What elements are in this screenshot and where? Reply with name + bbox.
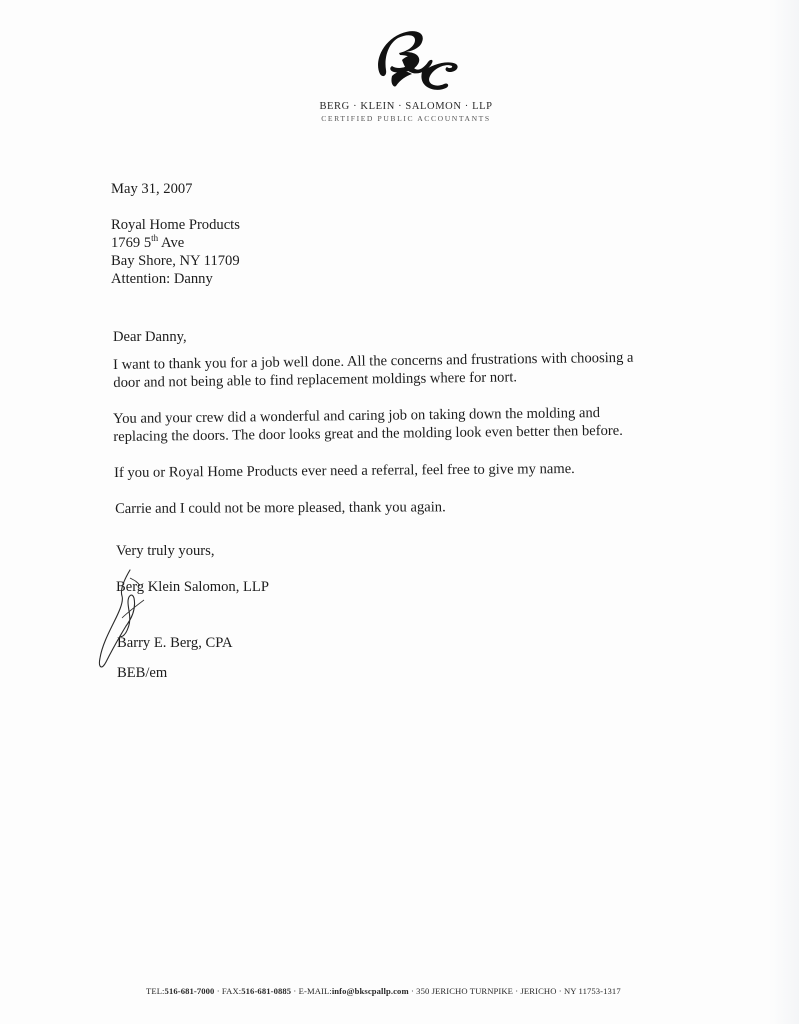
scan-edge-shadow [769, 0, 799, 1024]
closing: Very truly yours, [116, 542, 215, 560]
letterhead-footer: TEL:516-681-7000 · FAX:516-681-0885 · E-… [146, 986, 621, 996]
body-paragraph-1: I want to thank you for a job well done.… [113, 349, 634, 392]
street-number: 1769 5 [111, 235, 151, 251]
street-name: Ave [158, 235, 184, 251]
email-label: E-MAIL: [299, 986, 332, 996]
paragraph-line: Carrie and I could not be more pleased, … [115, 498, 446, 518]
recipient-address: Royal Home Products 1769 5th Ave Bay Sho… [111, 216, 240, 288]
recipient-attention: Attention: Danny [111, 270, 240, 288]
separator: · [214, 986, 221, 996]
handwritten-signature-icon [88, 566, 198, 676]
bks-monogram-logo-icon [352, 24, 462, 94]
typist-initials: BEB/em [117, 664, 167, 682]
signer-name: Barry E. Berg, CPA [117, 634, 233, 652]
tel-label: TEL: [146, 986, 165, 996]
separator: · [291, 986, 298, 996]
recipient-street: 1769 5th Ave [111, 234, 240, 252]
salutation: Dear Danny, [113, 328, 187, 346]
recipient-city: Bay Shore, NY 11709 [111, 252, 240, 270]
body-paragraph-3: If you or Royal Home Products ever need … [114, 460, 575, 482]
email-address: info@bkscpallp.com [332, 986, 409, 996]
letter-date: May 31, 2007 [111, 180, 192, 198]
body-paragraph-4: Carrie and I could not be more pleased, … [115, 498, 446, 518]
street-address: 350 JERICHO TURNPIKE · JERICHO · NY 1175… [416, 986, 621, 996]
paragraph-line: If you or Royal Home Products ever need … [114, 460, 575, 482]
recipient-company: Royal Home Products [111, 216, 240, 234]
fax-number: 516-681-0885 [241, 986, 291, 996]
letter-page: BERG · KLEIN · SALOMON · LLP CERTIFIED P… [0, 0, 799, 1024]
firm-subtitle: CERTIFIED PUBLIC ACCOUNTANTS [306, 114, 506, 123]
body-paragraph-2: You and your crew did a wonderful and ca… [113, 404, 623, 446]
tel-number: 516-681-7000 [165, 986, 215, 996]
firm-name: BERG · KLEIN · SALOMON · LLP [306, 101, 506, 112]
fax-label: FAX: [222, 986, 241, 996]
